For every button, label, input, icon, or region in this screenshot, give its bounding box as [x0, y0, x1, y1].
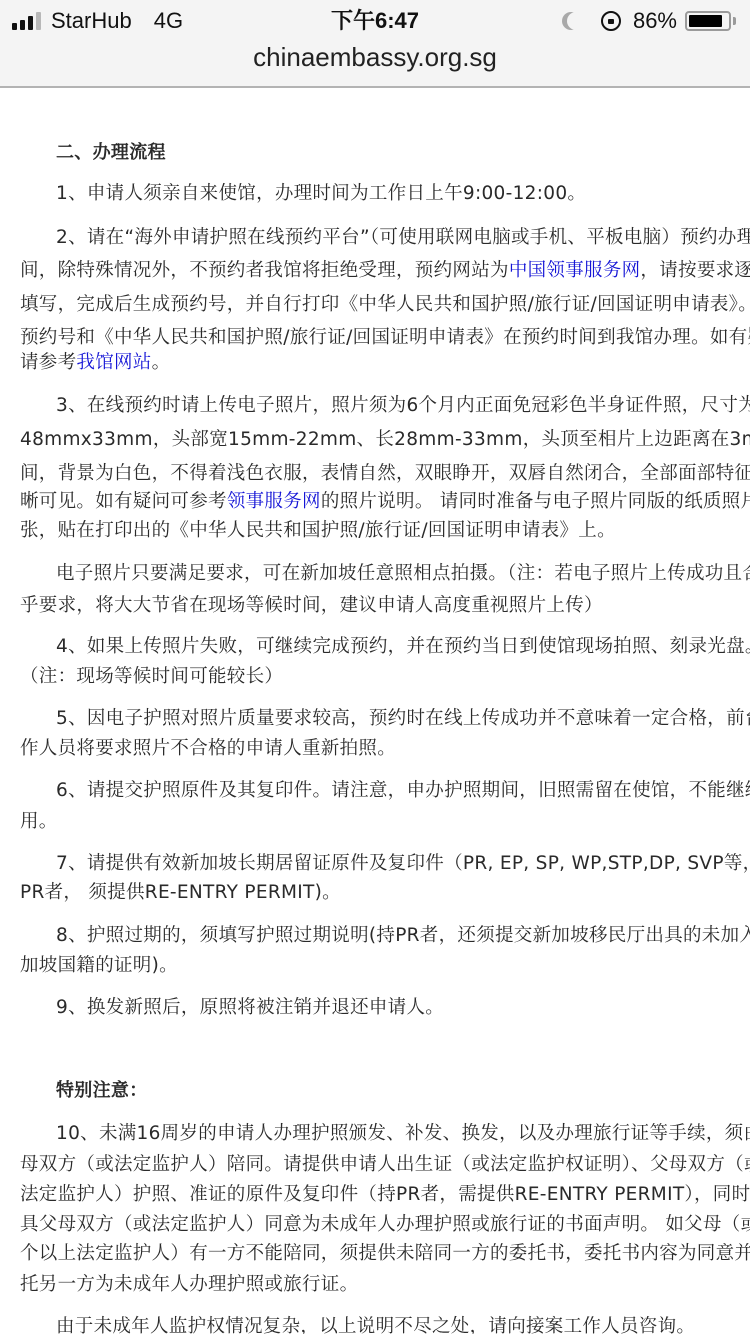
- step-2-line-5: 请参考我馆网站。: [20, 350, 170, 376]
- step-5-line-2: 作人员将要求照片不合格的申请人重新拍照。: [20, 736, 396, 762]
- step-3-line-5: 张，贴在打印出的《中华人民共和国护照/旅行证/回国证明申请表》上。: [20, 518, 616, 544]
- battery-icon: [685, 11, 731, 31]
- photo-note-line-1: 电子照片只要满足要求，可在新加坡任意照相点拍摄。（注：若电子照片上传成功且合: [56, 561, 750, 587]
- step-4-line-1: 4、如果上传照片失败，可继续完成预约，并在预约当日到使馆现场拍照、刻录光盘。: [56, 634, 750, 660]
- step-8-line-2: 加坡国籍的证明)。: [20, 953, 178, 979]
- step-2-text: 间，除特殊情况外，不预约者我馆将拒绝受理，预约网站为: [20, 260, 509, 281]
- step-2-line-1: 2、请在“海外申请护照在线预约平台”（可使用联网电脑或手机、平板电脑）预约办理时: [56, 225, 750, 251]
- special-notice-heading: 特别注意：: [56, 1078, 148, 1104]
- consular-service-link[interactable]: 中国领事服务网: [509, 260, 641, 281]
- step-7-line-2: PR者， 须提供RE-ENTRY PERMIT)。: [20, 880, 341, 906]
- battery-percent: 86%: [633, 8, 677, 34]
- section-heading: 二、办理流程: [56, 140, 166, 166]
- step-2-text: 。: [152, 352, 171, 373]
- step-3-line-2: 48mmx33mm，头部宽15mm-22mm、长28mm-33mm，头顶至相片上…: [20, 427, 750, 453]
- step-10-line-4: 具父母双方（或法定监护人）同意为未成年人办理护照或旅行证的书面声明。 如父母（或…: [20, 1212, 750, 1238]
- step-2-text: ，请按要求逐项: [640, 260, 750, 281]
- step-5-line-1: 5、因电子护照对照片质量要求较高，预约时在线上传成功并不意味着一定合格，前台工: [56, 706, 750, 732]
- step-10-line-3: 法定监护人）护照、准证的原件及复印件（持PR者，需提供RE-ENTRY PERM…: [20, 1182, 750, 1208]
- closing-note-line-1: 由于未成年人监护权情况复杂，以上说明不尽之处，请向接案工作人员咨询。: [56, 1314, 695, 1334]
- page-content[interactable]: 二、办理流程 1、申请人须亲自来使馆，办理时间为工作日上午9:00-12:00。…: [0, 88, 750, 1334]
- consular-photo-link[interactable]: 领事服务网: [227, 491, 321, 512]
- battery-tip-icon: [733, 17, 736, 25]
- step-6-line-2: 用。: [20, 809, 58, 835]
- step-3-text: 晰可见。如有疑问可参考: [20, 491, 227, 512]
- step-7-line-1: 7、请提供有效新加坡长期居留证原件及复印件（PR, EP, SP, WP,STP…: [56, 851, 750, 877]
- step-6-line-1: 6、请提交护照原件及其复印件。请注意，申办护照期间，旧照需留在使馆，不能继续使: [56, 778, 750, 804]
- do-not-disturb-icon: [567, 12, 585, 30]
- step-3-line-4: 晰可见。如有疑问可参考领事服务网的照片说明。 请同时准备与电子照片同版的纸质照片…: [20, 489, 750, 515]
- status-right: 86%: [561, 6, 736, 36]
- step-2-text: 请参考: [20, 352, 76, 373]
- step-9-line-1: 9、换发新照后，原照将被注销并退还申请人。: [56, 995, 444, 1021]
- step-10-line-5: 个以上法定监护人）有一方不能陪同，须提供未陪同一方的委托书，委托书内容为同意并委: [20, 1241, 750, 1267]
- step-10-line-2: 母双方（或法定监护人）陪同。请提供申请人出生证（或法定监护权证明）、父母双方（或: [20, 1152, 750, 1178]
- browser-header: StarHub 4G 下午6:47 86% chinaembassy.org.s…: [0, 0, 750, 88]
- step-2-line-4: 预约号和《中华人民共和国护照/旅行证/回国证明申请表》在预约时间到我馆办理。如有…: [20, 325, 750, 351]
- photo-note-line-2: 乎要求，将大大节省在现场等候时间，建议申请人高度重视照片上传）: [20, 593, 603, 619]
- step-3-line-3: 间，背景为白色，不得着浅色衣服，表情自然，双眼睁开，双唇自然闭合，全部面部特征清: [20, 461, 750, 487]
- rotation-lock-icon: [601, 11, 621, 31]
- step-10-line-6: 托另一方为未成年人办理护照或旅行证。: [20, 1272, 358, 1298]
- step-1-line-1: 1、申请人须亲自来使馆，办理时间为工作日上午9:00-12:00。: [56, 181, 586, 207]
- address-bar-domain[interactable]: chinaembassy.org.sg: [0, 40, 750, 74]
- step-10-line-1: 10、未满16周岁的申请人办理护照颁发、补发、换发，以及办理旅行证等手续，须由父: [56, 1121, 750, 1147]
- step-2-line-3: 填写，完成后生成预约号，并自行打印《中华人民共和国护照/旅行证/回国证明申请表》…: [20, 292, 750, 318]
- step-4-line-2: （注：现场等候时间可能较长）: [20, 664, 283, 690]
- step-2-line-2: 间，除特殊情况外，不预约者我馆将拒绝受理，预约网站为中国领事服务网，请按要求逐项: [20, 258, 750, 284]
- step-8-line-1: 8、护照过期的，须填写护照过期说明(持PR者，还须提交新加坡移民厅出具的未加入新: [56, 923, 750, 949]
- embassy-website-link[interactable]: 我馆网站: [76, 352, 151, 373]
- step-3-line-1: 3、在线预约时请上传电子照片，照片须为6个月内正面免冠彩色半身证件照，尺寸为: [56, 393, 750, 419]
- step-3-text: 的照片说明。 请同时准备与电子照片同版的纸质照片一: [321, 491, 750, 512]
